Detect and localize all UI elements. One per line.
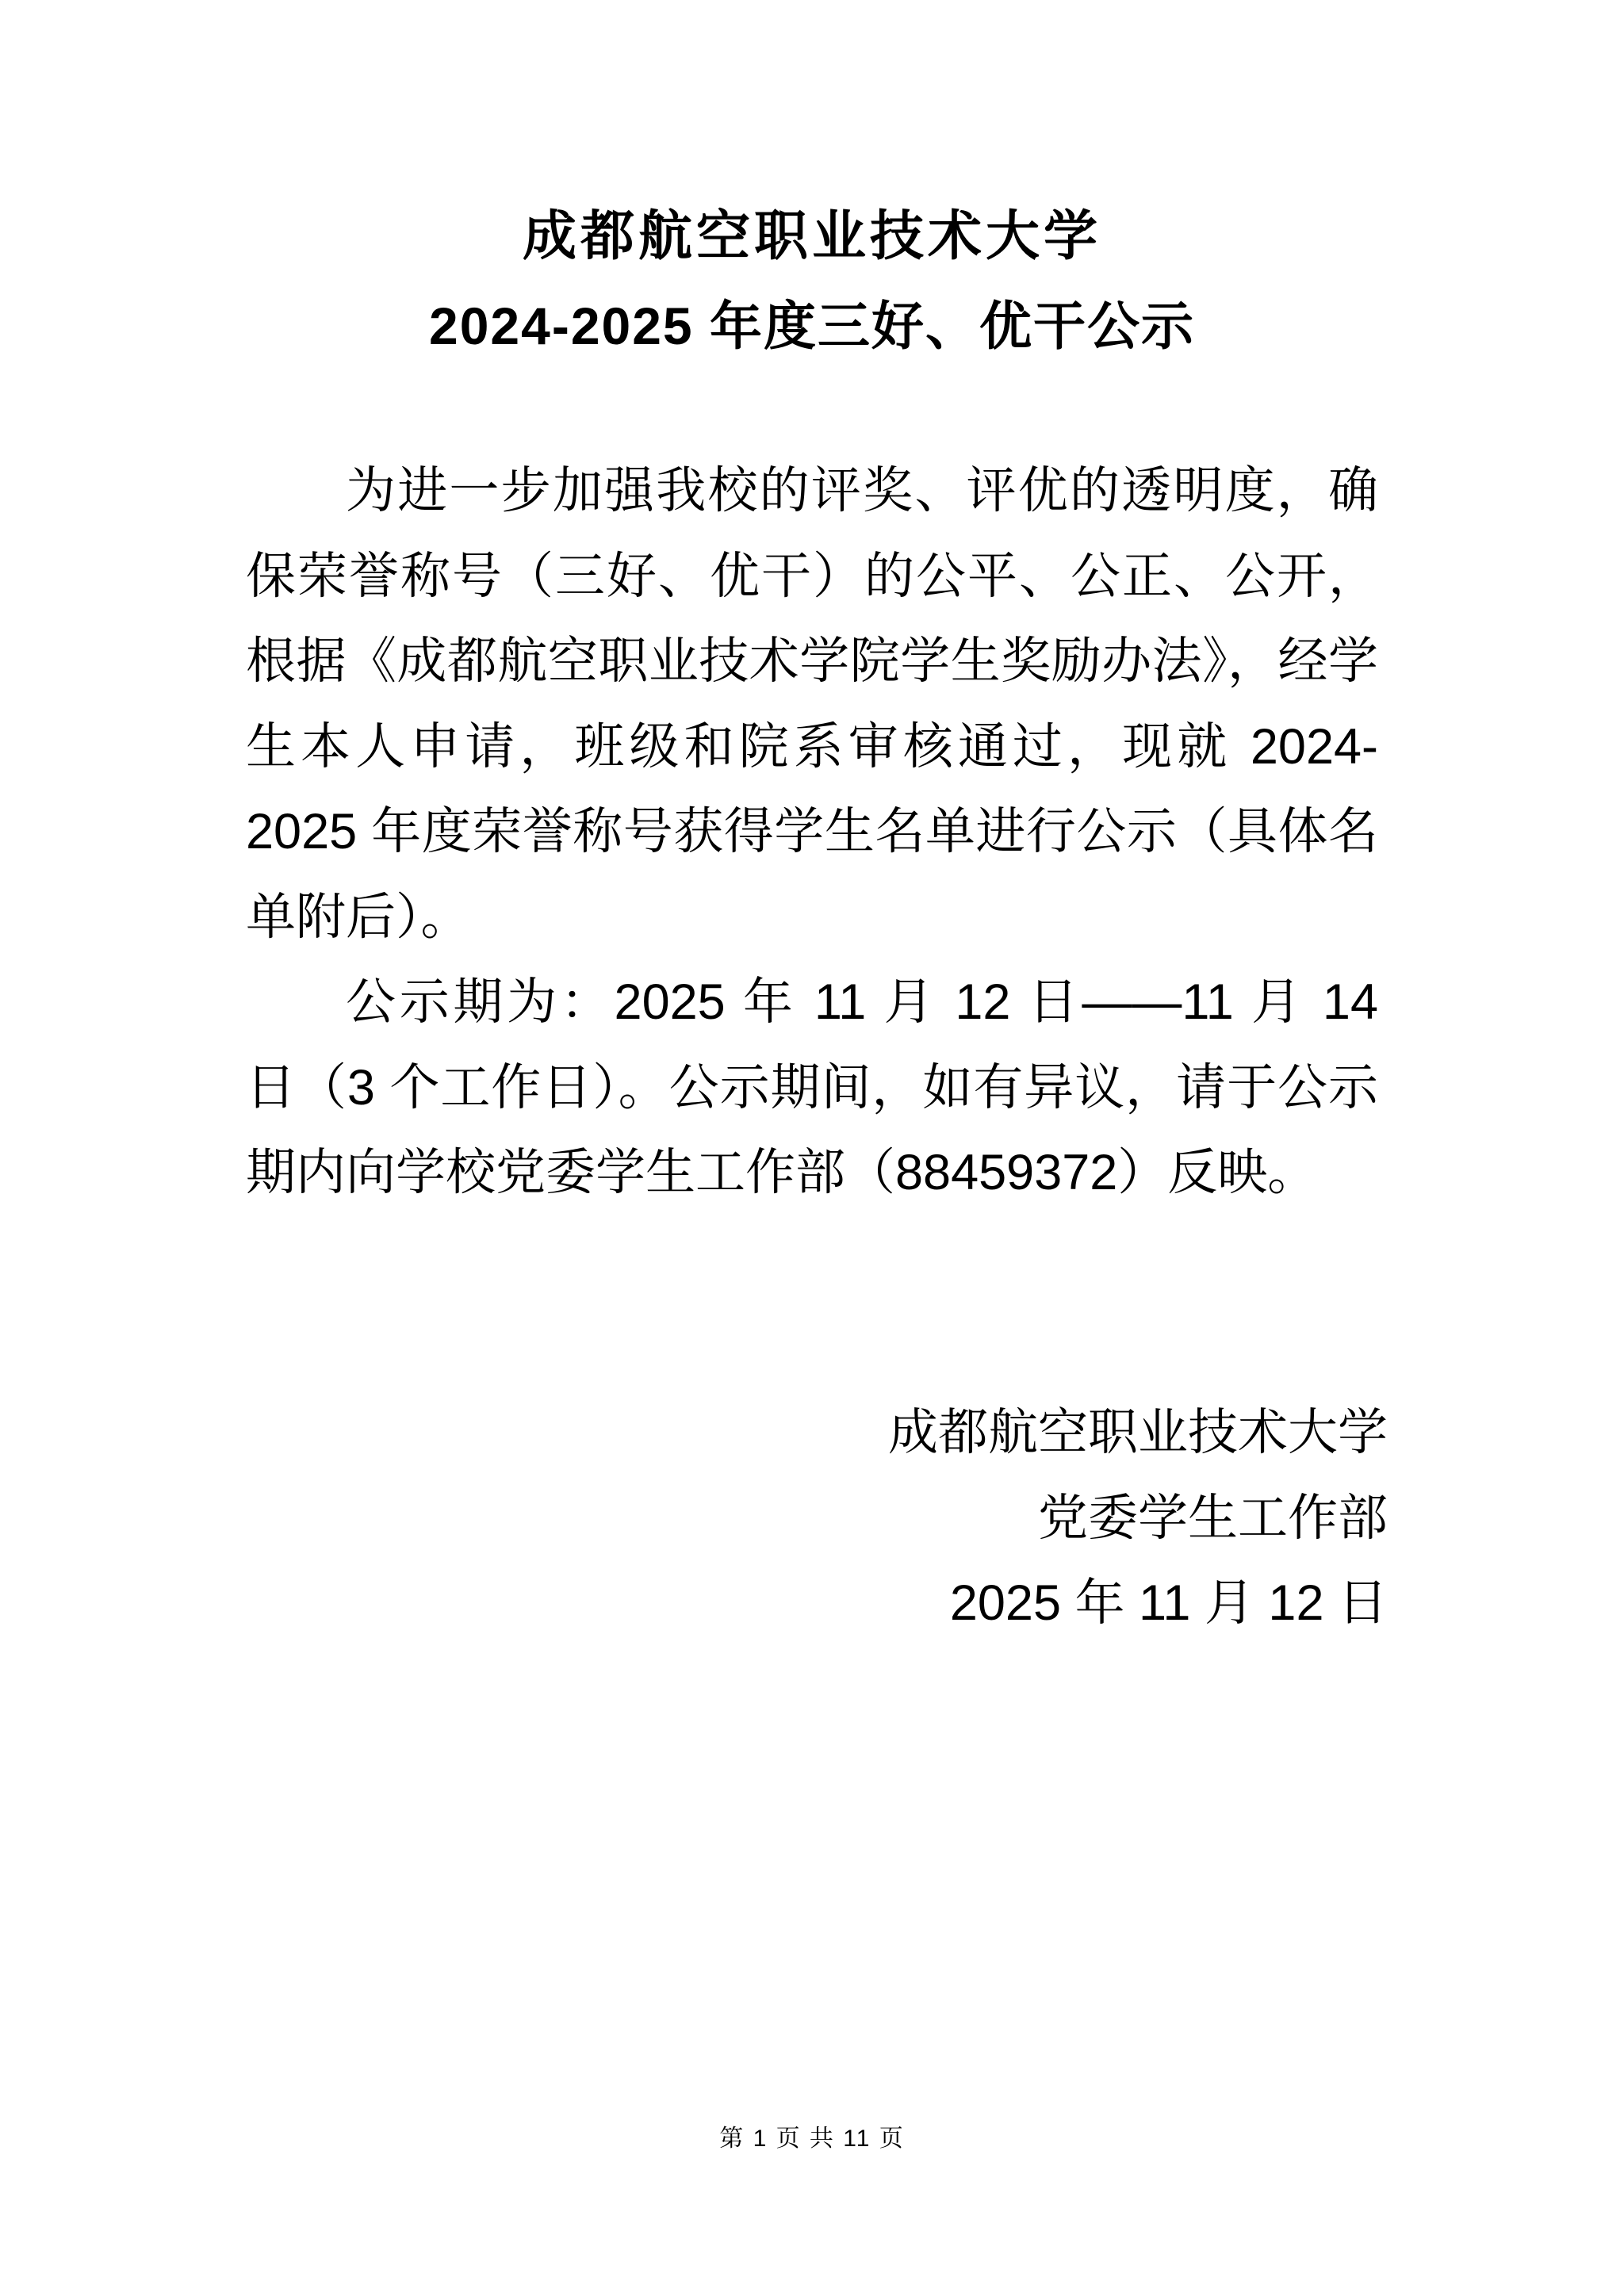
signature-block: 成都航空职业技术大学 党委学生工作部 2025 年 11 月 12 日 bbox=[888, 1391, 1388, 1647]
signature-date: 2025 年 11 月 12 日 bbox=[888, 1561, 1388, 1647]
document-page: 成都航空职业技术大学 2024-2025 年度三好、优干公示 为进一步加强我校的… bbox=[0, 0, 1624, 2296]
body-paragraph-2: 公示期为：2025 年 11 月 12 日——11 月 14 日（3 个工作日）… bbox=[246, 960, 1378, 1216]
page-number-footer: 第 1 页 共 11 页 bbox=[0, 2123, 1624, 2154]
signature-organization-line2: 党委学生工作部 bbox=[888, 1476, 1388, 1562]
body-paragraph-1: 为进一步加强我校的评奖、评优的透明度，确保荣誉称号（三好、优干）的公平、公正、公… bbox=[246, 449, 1378, 960]
document-body: 为进一步加强我校的评奖、评优的透明度，确保荣誉称号（三好、优干）的公平、公正、公… bbox=[246, 449, 1378, 1216]
signature-organization-line1: 成都航空职业技术大学 bbox=[888, 1391, 1388, 1476]
document-title-line1: 成都航空职业技术大学 bbox=[0, 205, 1624, 270]
document-title-line2: 2024-2025 年度三好、优干公示 bbox=[0, 295, 1624, 358]
